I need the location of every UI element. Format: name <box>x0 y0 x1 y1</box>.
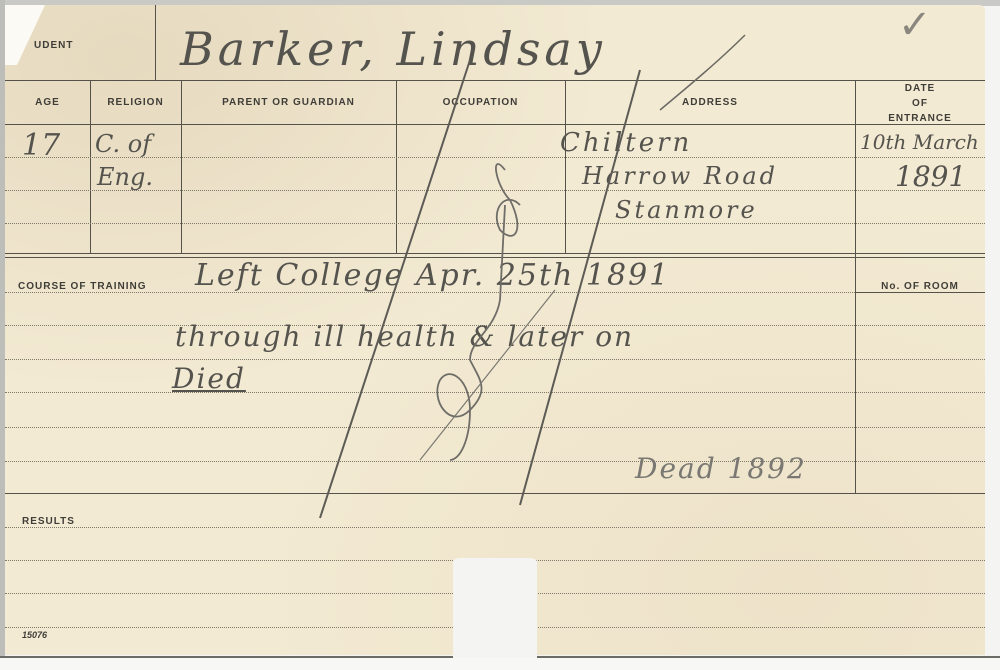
religion-value-line-1: C. of <box>95 130 151 158</box>
course-line-2: through ill health & later on <box>175 320 634 353</box>
date-header-line-1: DATE <box>855 81 985 96</box>
course-rule-4 <box>5 392 985 393</box>
section-double-rule-a <box>5 253 985 254</box>
date-header-line-2: OF <box>855 96 985 111</box>
age-value: 17 <box>22 128 60 163</box>
form-number: 15076 <box>22 630 47 640</box>
room-label-rule <box>855 292 985 293</box>
date-of-entrance-year: 1891 <box>895 160 966 193</box>
course-rule-6 <box>5 461 985 462</box>
age-header: AGE <box>5 95 90 110</box>
header-bottom-rule <box>5 124 985 125</box>
religion-header: RELIGION <box>90 95 181 110</box>
course-line-3: Died <box>172 362 246 395</box>
scan-border-bottom <box>0 656 1000 670</box>
check-mark-icon: ✓ <box>898 2 932 48</box>
religion-value-line-2: Eng. <box>97 163 153 191</box>
student-label: UDENT <box>34 38 73 53</box>
results-rule-1 <box>5 527 985 528</box>
occupation-header: OCCUPATION <box>396 95 565 110</box>
course-note-dead-year: Dead 1892 <box>635 452 807 485</box>
header-top-rule <box>5 80 985 81</box>
course-rule-3 <box>5 359 985 360</box>
course-rule-5 <box>5 427 985 428</box>
address-header: ADDRESS <box>565 95 855 110</box>
course-line-1: Left College Apr. 25th 1891 <box>195 258 670 293</box>
parent-guardian-header: PARENT OR GUARDIAN <box>181 95 396 110</box>
filing-notch <box>453 558 537 658</box>
date-of-entrance-header: DATE OF ENTRANCE <box>855 81 985 126</box>
date-of-entrance-day: 10th March <box>860 130 979 154</box>
data-row-rule-1 <box>5 157 985 158</box>
date-header-line-3: ENTRANCE <box>855 111 985 126</box>
address-line-2: Harrow Road <box>582 162 778 190</box>
student-label-divider <box>155 5 156 80</box>
address-line-3: Stanmore <box>615 196 758 224</box>
data-row-rule-3 <box>5 223 985 224</box>
student-name: Barker, Lindsay <box>180 22 606 76</box>
results-top-rule <box>5 493 985 494</box>
address-line-1: Chiltern <box>560 128 692 158</box>
